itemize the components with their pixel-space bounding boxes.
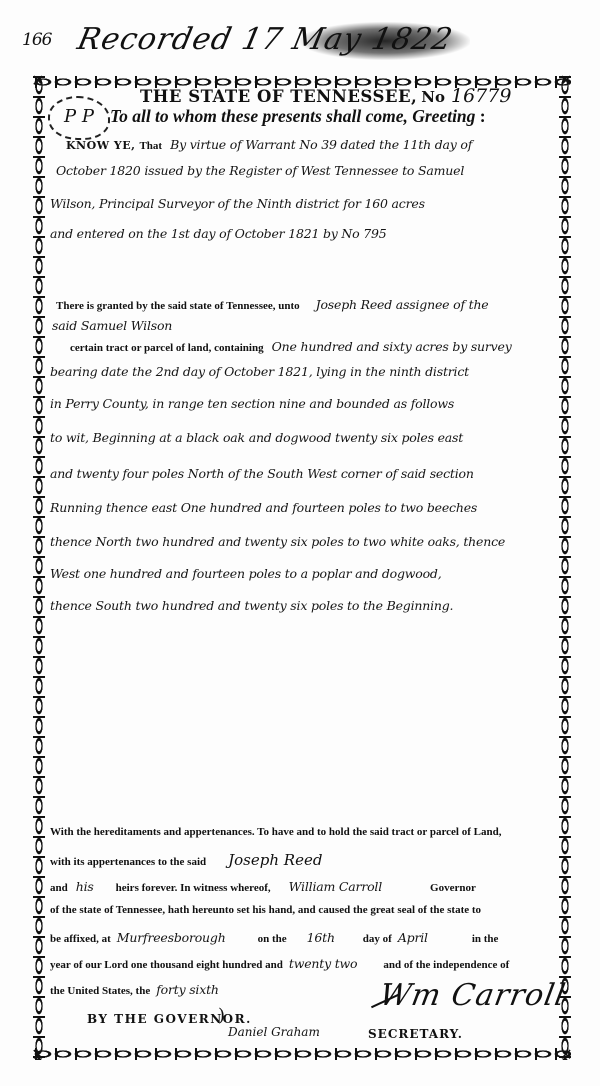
independence-label: and of the independence of	[383, 959, 509, 971]
grant-title: THE STATE OF TENNESSEE,	[140, 87, 417, 106]
greeting-text: To all to whom these presents shall come…	[110, 106, 475, 126]
seal-stamp: P P	[48, 96, 110, 140]
page-number: 166	[22, 30, 51, 50]
description-line-5: Running thence east One hundred and four…	[50, 500, 477, 515]
affixed-label: be affixed, at	[50, 933, 111, 945]
governor-label: Governor	[430, 882, 476, 894]
corner-ornament-icon: ✕	[31, 1048, 45, 1062]
tract-line: certain tract or parcel of land, contain…	[70, 338, 512, 356]
habendum-line-5: be affixed, at Murfreesborough on the 16…	[50, 929, 498, 947]
corner-ornament-icon: ✕	[31, 74, 45, 88]
greeting-punct: :	[480, 106, 486, 126]
recorded-note: Recorded 17 May 1822	[74, 22, 456, 57]
habendum-line-2: with its appertenances to the said Josep…	[50, 851, 322, 870]
and-label: and	[50, 882, 68, 894]
his-hand: his	[76, 879, 94, 894]
recital-hand-3: Wilson, Principal Surveyor of the Ninth …	[50, 196, 425, 211]
grant-number: 16779	[451, 85, 511, 107]
united-states-label: the United States, the	[50, 985, 150, 997]
grantee-name-hand: Joseph Reed	[228, 851, 322, 869]
recital-hand-2: October 1820 issued by the Register of W…	[56, 163, 464, 178]
border-left	[33, 76, 45, 1060]
by-the-governor-label: BY THE GOVERNOR.	[87, 1012, 252, 1026]
year-hand: twenty two	[289, 956, 357, 971]
description-line-8: thence South two hundred and twenty six …	[50, 598, 453, 613]
recital-hand-1: By virtue of Warrant No 39 dated the 11t…	[170, 137, 472, 152]
in-the-label: in the	[472, 933, 499, 945]
corner-ornament-icon: ✕	[559, 1048, 573, 1062]
description-line-3: to wit, Beginning at a black oak and dog…	[50, 430, 463, 445]
habendum-line-2-print: with its appertenances to the said	[50, 856, 206, 868]
bracket-mark: )	[218, 1005, 225, 1026]
grantee-hand-2: said Samuel Wilson	[52, 318, 172, 333]
habendum-line-6: year of our Lord one thousand eight hund…	[50, 955, 509, 973]
border-right	[559, 76, 571, 1060]
description-line-6: thence North two hundred and twenty six …	[50, 534, 505, 549]
know-ye-label: KNOW YE,	[66, 139, 135, 152]
recital-hand-4: and entered on the 1st day of October 18…	[50, 226, 387, 241]
land-grant-document: 166 Recorded 17 May 1822 ✕ ✕ ✕ ✕ P P THE…	[0, 0, 600, 1086]
description-line-7: West one hundred and fourteen poles to a…	[50, 566, 442, 581]
habendum-line-7: the United States, the forty sixth	[50, 981, 219, 999]
on-the-label: on the	[258, 933, 287, 945]
governor-signature: Wm Carroll	[377, 978, 569, 1013]
secretary-label: SECRETARY.	[368, 1027, 463, 1041]
habendum-line-3: and his heirs forever. In witness whereo…	[50, 878, 476, 896]
tract-label: certain tract or parcel of land, contain…	[70, 342, 264, 354]
governor-name-hand: William Carroll	[289, 879, 382, 894]
habendum-line-4: of the state of Tennessee, hath hereunto…	[50, 904, 481, 916]
description-line-4: and twenty four poles North of the South…	[50, 466, 474, 481]
secretary-signature: Daniel Graham	[228, 1025, 320, 1039]
that-label: That	[139, 140, 162, 152]
greeting-line: To all to whom these presents shall come…	[110, 106, 486, 127]
corner-ornament-icon: ✕	[559, 74, 573, 88]
recital-line-1: KNOW YE, That By virtue of Warrant No 39…	[66, 136, 472, 154]
independence-year-hand: forty sixth	[156, 982, 219, 997]
grant-title-line: THE STATE OF TENNESSEE, No 16779	[140, 85, 560, 107]
month-hand: April	[398, 930, 428, 945]
place-hand: Murfreesborough	[117, 930, 226, 945]
day-of-label: day of	[363, 933, 392, 945]
border-bottom	[33, 1048, 571, 1060]
heirs-forever: heirs forever. In witness whereof,	[116, 882, 271, 894]
description-line-2: in Perry County, in range ten section ni…	[50, 396, 454, 411]
granted-intro-line: There is granted by the said state of Te…	[56, 296, 489, 314]
year-label: year of our Lord one thousand eight hund…	[50, 959, 283, 971]
habendum-line-1: With the hereditaments and appertenances…	[50, 826, 501, 838]
grantee-hand: Joseph Reed assignee of the	[316, 297, 489, 312]
description-line-1: bearing date the 2nd day of October 1821…	[50, 364, 469, 379]
day-hand: 16th	[307, 930, 335, 945]
containing-hand: One hundred and sixty acres by survey	[272, 339, 512, 354]
grant-number-label: No	[421, 88, 445, 106]
granted-intro: There is granted by the said state of Te…	[56, 300, 300, 312]
